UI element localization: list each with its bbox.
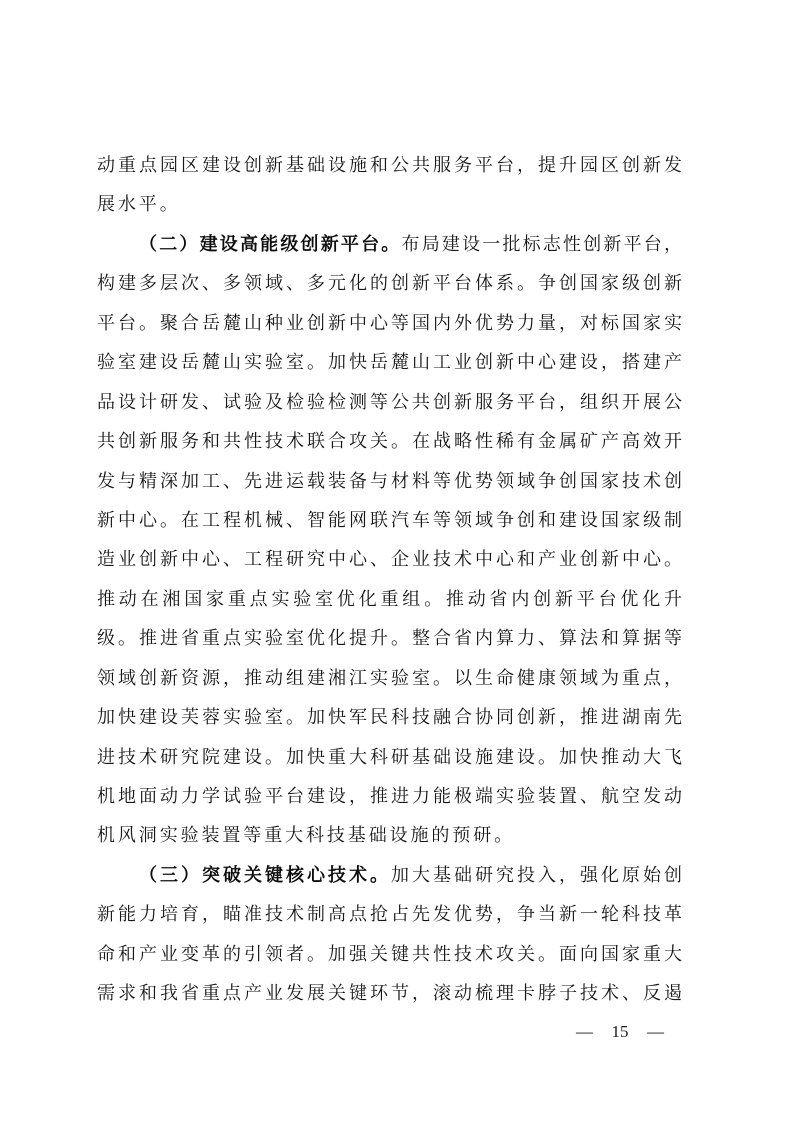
text-line: 动重点园区建设创新基础设施和公共服务平台，提升园区创新发 bbox=[97, 146, 682, 185]
page-number-footer: — 15 — bbox=[576, 1019, 664, 1045]
section-heading: （二）建设高能级创新平台。 bbox=[139, 234, 402, 255]
text-line: 展水平。 bbox=[97, 185, 682, 224]
section-heading: （三）突破关键核心技术。 bbox=[139, 865, 391, 886]
text-line: 命和产业变革的引领者。加强关键共性技术攻关。面向国家重大 bbox=[97, 935, 682, 974]
text-line: 级。推进省重点实验室优化提升。整合省内算力、算法和算据等 bbox=[97, 619, 682, 658]
text-line: 造业创新中心、工程研究中心、企业技术中心和产业创新中心。 bbox=[97, 540, 682, 579]
text-line: 新能力培育，瞄准技术制高点抢占先发优势，争当新一轮科技革 bbox=[97, 895, 682, 934]
paragraph-continuation: 动重点园区建设创新基础设施和公共服务平台，提升园区创新发 展水平。 bbox=[97, 146, 682, 225]
text-line: 推动在湘国家重点实验室优化重组。推动省内创新平台优化升 bbox=[97, 580, 682, 619]
text-line: 领域创新资源，推动组建湘江实验室。以生命健康领域为重点， bbox=[97, 659, 682, 698]
section-first-line-text: 加大基础研究投入，强化原始创 bbox=[391, 865, 682, 886]
text-line: 验室建设岳麓山实验室。加快岳麓山工业创新中心建设，搭建产 bbox=[97, 343, 682, 382]
paragraph-section-3: （三）突破关键核心技术。加大基础研究投入，强化原始创 新能力培育，瞄准技术制高点… bbox=[97, 856, 682, 1014]
text-line: 机地面动力学试验平台建设，推进力能极端实验装置、航空发动 bbox=[97, 777, 682, 816]
page-number-dash-right: — bbox=[647, 1019, 664, 1045]
document-page: 动重点园区建设创新基础设施和公共服务平台，提升园区创新发 展水平。 （二）建设高… bbox=[0, 0, 788, 1124]
text-line: 机风洞实验装置等重大科技基础设施的预研。 bbox=[97, 816, 682, 855]
page-number: 15 bbox=[612, 1019, 629, 1045]
section-first-line-text: 布局建设一批标志性创新平台， bbox=[402, 234, 683, 255]
section-first-line: （三）突破关键核心技术。加大基础研究投入，强化原始创 bbox=[97, 856, 682, 895]
text-line: 构建多层次、多领域、多元化的创新平台体系。争创国家级创新 bbox=[97, 264, 682, 303]
text-line: 新中心。在工程机械、智能网联汽车等领域争创和建设国家级制 bbox=[97, 501, 682, 540]
page-number-dash-left: — bbox=[576, 1019, 593, 1045]
section-first-line: （二）建设高能级创新平台。布局建设一批标志性创新平台， bbox=[97, 225, 682, 264]
text-line: 品设计研发、试验及检验检测等公共创新服务平台，组织开展公 bbox=[97, 383, 682, 422]
text-line: 需求和我省重点产业发展关键环节，滚动梳理卡脖子技术、反遏 bbox=[97, 974, 682, 1013]
text-line: 进技术研究院建设。加快重大科研基础设施建设。加快推动大飞 bbox=[97, 738, 682, 777]
text-line: 共创新服务和共性技术联合攻关。在战略性稀有金属矿产高效开 bbox=[97, 422, 682, 461]
text-line: 加快建设芙蓉实验室。加快军民科技融合协同创新，推进湖南先 bbox=[97, 698, 682, 737]
text-line: 发与精深加工、先进运载装备与材料等优势领域争创国家技术创 bbox=[97, 462, 682, 501]
paragraph-section-2: （二）建设高能级创新平台。布局建设一批标志性创新平台， 构建多层次、多领域、多元… bbox=[97, 225, 682, 856]
text-line: 平台。聚合岳麓山种业创新中心等国内外优势力量，对标国家实 bbox=[97, 304, 682, 343]
body-text: 动重点园区建设创新基础设施和公共服务平台，提升园区创新发 展水平。 （二）建设高… bbox=[97, 146, 682, 1014]
